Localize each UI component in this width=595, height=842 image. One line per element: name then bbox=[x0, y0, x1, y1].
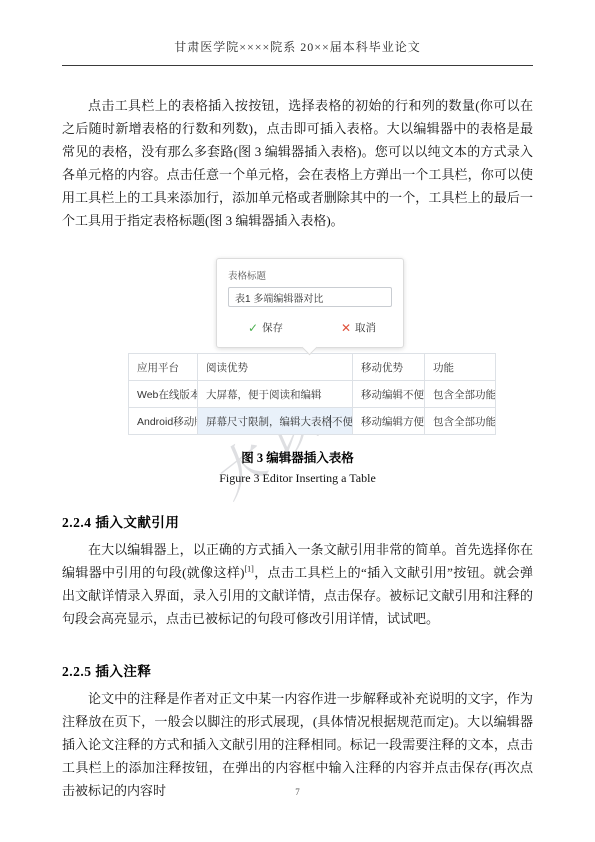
figure-caption-en: Figure 3 Editor Inserting a Table bbox=[62, 471, 533, 486]
paragraph-table-insert: 点击工具栏上的表格插入按按钮，选择表格的初始的行和列的数量(你可以在之后随时新增… bbox=[62, 94, 533, 232]
paragraph-annotation: 论文中的注释是作者对正文中某一内容作进一步解释或补充说明的文字，作为注释放在页下… bbox=[62, 687, 533, 802]
check-icon: ✓ bbox=[248, 322, 258, 334]
figure-caption-cn: 图 3 编辑器插入表格 bbox=[62, 448, 533, 466]
table-title-input[interactable] bbox=[228, 287, 392, 307]
save-button-label: 保存 bbox=[262, 320, 283, 335]
table-cell[interactable]: Android移动版本 bbox=[129, 408, 198, 435]
popup-button-row: ✓ 保存 ✕ 取消 bbox=[228, 320, 392, 335]
table-header-row: 应用平台 阅读优势 移动优势 功能 bbox=[129, 354, 496, 381]
table-cell[interactable]: 包含全部功能 bbox=[425, 408, 496, 435]
x-icon: ✕ bbox=[341, 322, 351, 334]
editor-table: 应用平台 阅读优势 移动优势 功能 Web在线版本 大屏幕，便于阅读和编辑 移动… bbox=[128, 353, 496, 435]
table-title-label: 表格标题 bbox=[228, 268, 392, 282]
page-content: 点击工具栏上的表格插入按按钮，选择表格的初始的行和列的数量(你可以在之后随时新增… bbox=[62, 94, 533, 802]
table-cell-selected[interactable]: 屏幕尺寸限制，编辑大表格不便 bbox=[198, 408, 353, 435]
table-header-cell[interactable]: 阅读优势 bbox=[198, 354, 353, 381]
table-cell[interactable]: Web在线版本 bbox=[129, 381, 198, 408]
paragraph-citation: 在大以编辑器上，以正确的方式插入一条文献引用非常的简单。首先选择你在编辑器中引用… bbox=[62, 538, 533, 630]
editor-screenshot: 表格标题 ✓ 保存 ✕ 取消 应用平台 bbox=[128, 258, 495, 435]
cancel-button-label: 取消 bbox=[355, 320, 376, 335]
citation-ref-marker: [1] bbox=[245, 565, 254, 574]
table-header-cell[interactable]: 应用平台 bbox=[129, 354, 198, 381]
table-cell[interactable]: 包含全部功能 bbox=[425, 381, 496, 408]
section-heading-225: 2.2.5 插入注释 bbox=[62, 660, 533, 680]
thesis-page: 甘肃医学院××××院系 20××届本科毕业论文 大以 点击工具栏上的表格插入按按… bbox=[0, 0, 595, 842]
section-heading-224: 2.2.4 插入文献引用 bbox=[62, 511, 533, 531]
table-cell[interactable]: 移动编辑方便 bbox=[353, 408, 425, 435]
table-header-cell[interactable]: 功能 bbox=[425, 354, 496, 381]
table-cell[interactable]: 大屏幕，便于阅读和编辑 bbox=[198, 381, 353, 408]
text-cursor bbox=[330, 415, 331, 428]
table-header-cell[interactable]: 移动优势 bbox=[353, 354, 425, 381]
page-header-title: 甘肃医学院××××院系 20××届本科毕业论文 bbox=[62, 38, 533, 66]
table-title-popup: 表格标题 ✓ 保存 ✕ 取消 bbox=[216, 258, 404, 348]
save-button[interactable]: ✓ 保存 bbox=[248, 320, 283, 335]
cancel-button[interactable]: ✕ 取消 bbox=[341, 320, 376, 335]
table-row: Web在线版本 大屏幕，便于阅读和编辑 移动编辑不便 包含全部功能 bbox=[129, 381, 496, 408]
table-cell[interactable]: 移动编辑不便 bbox=[353, 381, 425, 408]
table-row: Android移动版本 屏幕尺寸限制，编辑大表格不便 移动编辑方便 包含全部功能 bbox=[129, 408, 496, 435]
